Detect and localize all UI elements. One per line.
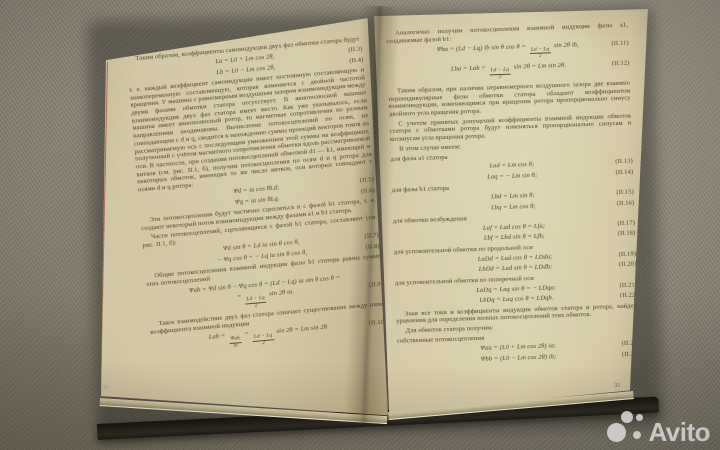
equation: Lbd = Lm sin θ;: [491, 192, 535, 201]
avito-circle-medium: [621, 411, 633, 423]
equation-number: (II.18): [618, 230, 636, 238]
right-page: Аналогично получим потокосцепления взаим…: [366, 4, 656, 424]
avito-circle-small: [636, 414, 643, 421]
fraction: Ld − Lq 2: [529, 47, 551, 61]
equation: Lba = Lab =: [451, 65, 486, 73]
avito-logo-icon: [607, 410, 645, 443]
equation: sin 2θ = Lm sin 2θ.: [514, 62, 567, 71]
equation-number: (II.21): [620, 281, 638, 289]
avito-watermark: Avito: [607, 410, 710, 443]
equation: Lab =: [209, 333, 226, 341]
page-number: 31: [614, 382, 621, 389]
fraction-denominator: 2: [255, 303, 258, 309]
equation-number: (II.8): [365, 242, 380, 251]
equation-number: (II.13): [615, 158, 633, 166]
avito-circle-small: [633, 431, 641, 439]
equation-number: (II.12): [612, 59, 630, 67]
fraction: Ψab ia: [229, 336, 243, 350]
equation: LaDq = Laq sin θ = − LDqa;: [476, 284, 556, 294]
equation-number: (II.4): [349, 56, 364, 65]
equation: =: [244, 331, 249, 338]
fraction: Ld − Lq 2: [489, 68, 511, 82]
equation: sin 2θ ib,: [554, 41, 579, 49]
fraction: Ld − Lq 2: [245, 295, 267, 310]
equation-number: (II.19): [618, 250, 636, 258]
equation: Lad = Lm cos θ;: [489, 161, 534, 170]
page-number: 30: [102, 384, 109, 391]
equation: Lbf = Lbd sin θ = Lfb;: [484, 233, 545, 242]
equation: LbDd = Lad sin θ = LDdb;: [479, 264, 553, 274]
equation: sin 2θ = Lm sin 2θ.: [276, 324, 329, 336]
left-page: Таким образом, коэффициенты самоиндукции…: [96, 8, 388, 428]
equation-number: (II.6): [360, 186, 375, 195]
equation-number: (II.5): [360, 176, 375, 185]
watermark-text: Avito: [648, 421, 710, 443]
equation: =: [237, 293, 242, 300]
equation: Ψaa = (L0 + Lm cos 2θ) ia;: [480, 343, 556, 353]
right-page-text: Аналогично получим потокосцепления взаим…: [386, 20, 640, 369]
equation: Laf = Lad cos θ = Lfa;: [483, 223, 545, 232]
fraction-denominator: 2: [539, 54, 542, 60]
fraction-denominator: ia: [233, 343, 238, 349]
equation: Ψbb = (L0 − Lm cos 2θ) ib;: [481, 353, 557, 363]
equation: Ψba = (Ld − Lq) ib sin θ cos θ =: [437, 43, 527, 53]
left-page-text: Таким образом, коэффициенты самоиндукции…: [126, 33, 388, 359]
equation: LbDq = Laq cos θ = LDqb.: [479, 295, 553, 305]
equation-number: (II.3): [348, 46, 363, 55]
fraction: Ld − Lq 2: [252, 333, 274, 348]
equation: Lbq = Lm cos θ;: [491, 202, 536, 211]
equation: Ψq = ia sin θLq.: [235, 195, 280, 206]
equation-number: (II.17): [617, 220, 635, 228]
equation-number: (II.20): [619, 261, 637, 269]
photo-scene: Таким образом, коэффициенты самоиндукции…: [0, 0, 720, 450]
paragraph: т. е. каждый коэффициент самоиндукции им…: [129, 66, 374, 194]
equation: LaDd = Lad cos θ = LDda;: [478, 253, 553, 263]
equation-number: (II.14): [616, 168, 634, 176]
equation-number: (II.16): [617, 199, 635, 207]
equation-number: (II.7): [364, 232, 379, 241]
fraction-denominator: 2: [499, 75, 502, 81]
equation: Ψd = ia cos θLd;: [233, 184, 280, 195]
equation: Laq = − Lm sin θ;: [487, 171, 537, 180]
equation-number: (II.11): [611, 40, 629, 48]
avito-circle-large: [607, 423, 626, 442]
equation: sin 2θ ia.: [269, 288, 294, 297]
equation-number: (II.15): [616, 189, 634, 197]
fraction-denominator: 2: [262, 341, 265, 347]
